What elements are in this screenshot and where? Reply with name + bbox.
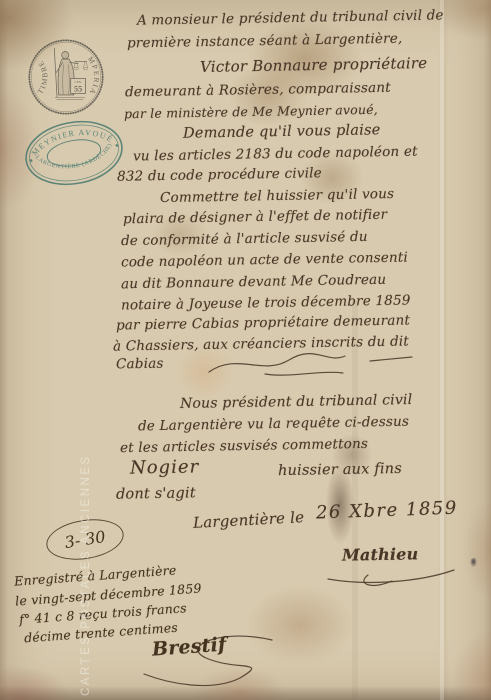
handwritten-line: notaire à Joyeuse le trois décembre 1859: [121, 292, 411, 313]
handwritten-line: code napoléon un acte de vente consenti: [121, 249, 408, 270]
site-watermark-left: CARTES POSTALES ANCIENNES: [80, 388, 92, 696]
registrar-signature-paraph: [112, 630, 297, 696]
handwritten-line: Demande qu'il vous plaise: [183, 122, 381, 141]
handwritten-line: Nogier: [130, 456, 199, 478]
stamp-left-text: TIMBRE: [35, 58, 49, 95]
judge-signature-paraph: [322, 563, 460, 587]
handwritten-line: Cabias: [116, 356, 164, 373]
handwritten-line: Commettre tel huissier qu'il vous: [160, 186, 394, 206]
handwritten-line: de Largentière vu la requête ci-dessus: [138, 414, 409, 435]
handwritten-line: de conformité à l'article susvisé du: [121, 229, 368, 249]
handwritten-line: A monsieur le président du tribunal civi…: [137, 7, 444, 28]
handwritten-line: dont s'agit: [116, 485, 196, 502]
handwritten-line: demeurant à Rosières, comparaissant: [125, 80, 391, 101]
cabias-paraph-flourish: [205, 348, 350, 380]
handwritten-line: Nous président du tribunal civil: [180, 392, 413, 412]
handwritten-line: par le ministère de Me Meynier avoué,: [124, 102, 378, 121]
ink-blot: [470, 558, 477, 567]
vertical-crease-right: [440, 0, 444, 700]
scanned-document-page: TIMBRE IMPERIAL CEN. 55: [0, 0, 491, 700]
handwritten-line: plaira de désigner à l'effet de notifier: [123, 207, 388, 228]
handwritten-line: Victor Bonnaure propriétaire: [200, 54, 428, 76]
handwritten-line: et les articles susvisés commettons: [120, 436, 368, 456]
handwritten-line: par pierre Cabias propriétaire demeurant: [116, 312, 410, 333]
judge-signature: Mathieu: [342, 544, 419, 564]
dateline-date: 26 Xbre 1859: [316, 498, 458, 524]
dash-flourish: [368, 354, 414, 364]
svg-text:TIMBRE: TIMBRE: [35, 58, 49, 95]
handwritten-line: 832 du code procédure civile: [117, 165, 322, 185]
timbre-imperial-stamp: TIMBRE IMPERIAL CEN. 55: [27, 38, 105, 116]
stamp-value-box: CEN. 55: [71, 79, 86, 94]
handwritten-line: huissier aux fins: [278, 461, 402, 479]
dateline-place: Largentière le: [193, 508, 305, 532]
avoue-oval-stamp: MEYNIER AVOUÉ LARGENTIÈRE (ARDÈCHE): [19, 112, 129, 194]
handwritten-line: au dit Bonnaure devant Me Coudreau: [121, 272, 386, 293]
handwritten-line: première instance séant à Largentière,: [127, 31, 403, 52]
handwritten-line: vu les articles 2183 du code napoléon et: [133, 144, 418, 165]
stamp-value-label: CEN.: [74, 80, 82, 84]
stamp-value: 55: [74, 84, 82, 93]
